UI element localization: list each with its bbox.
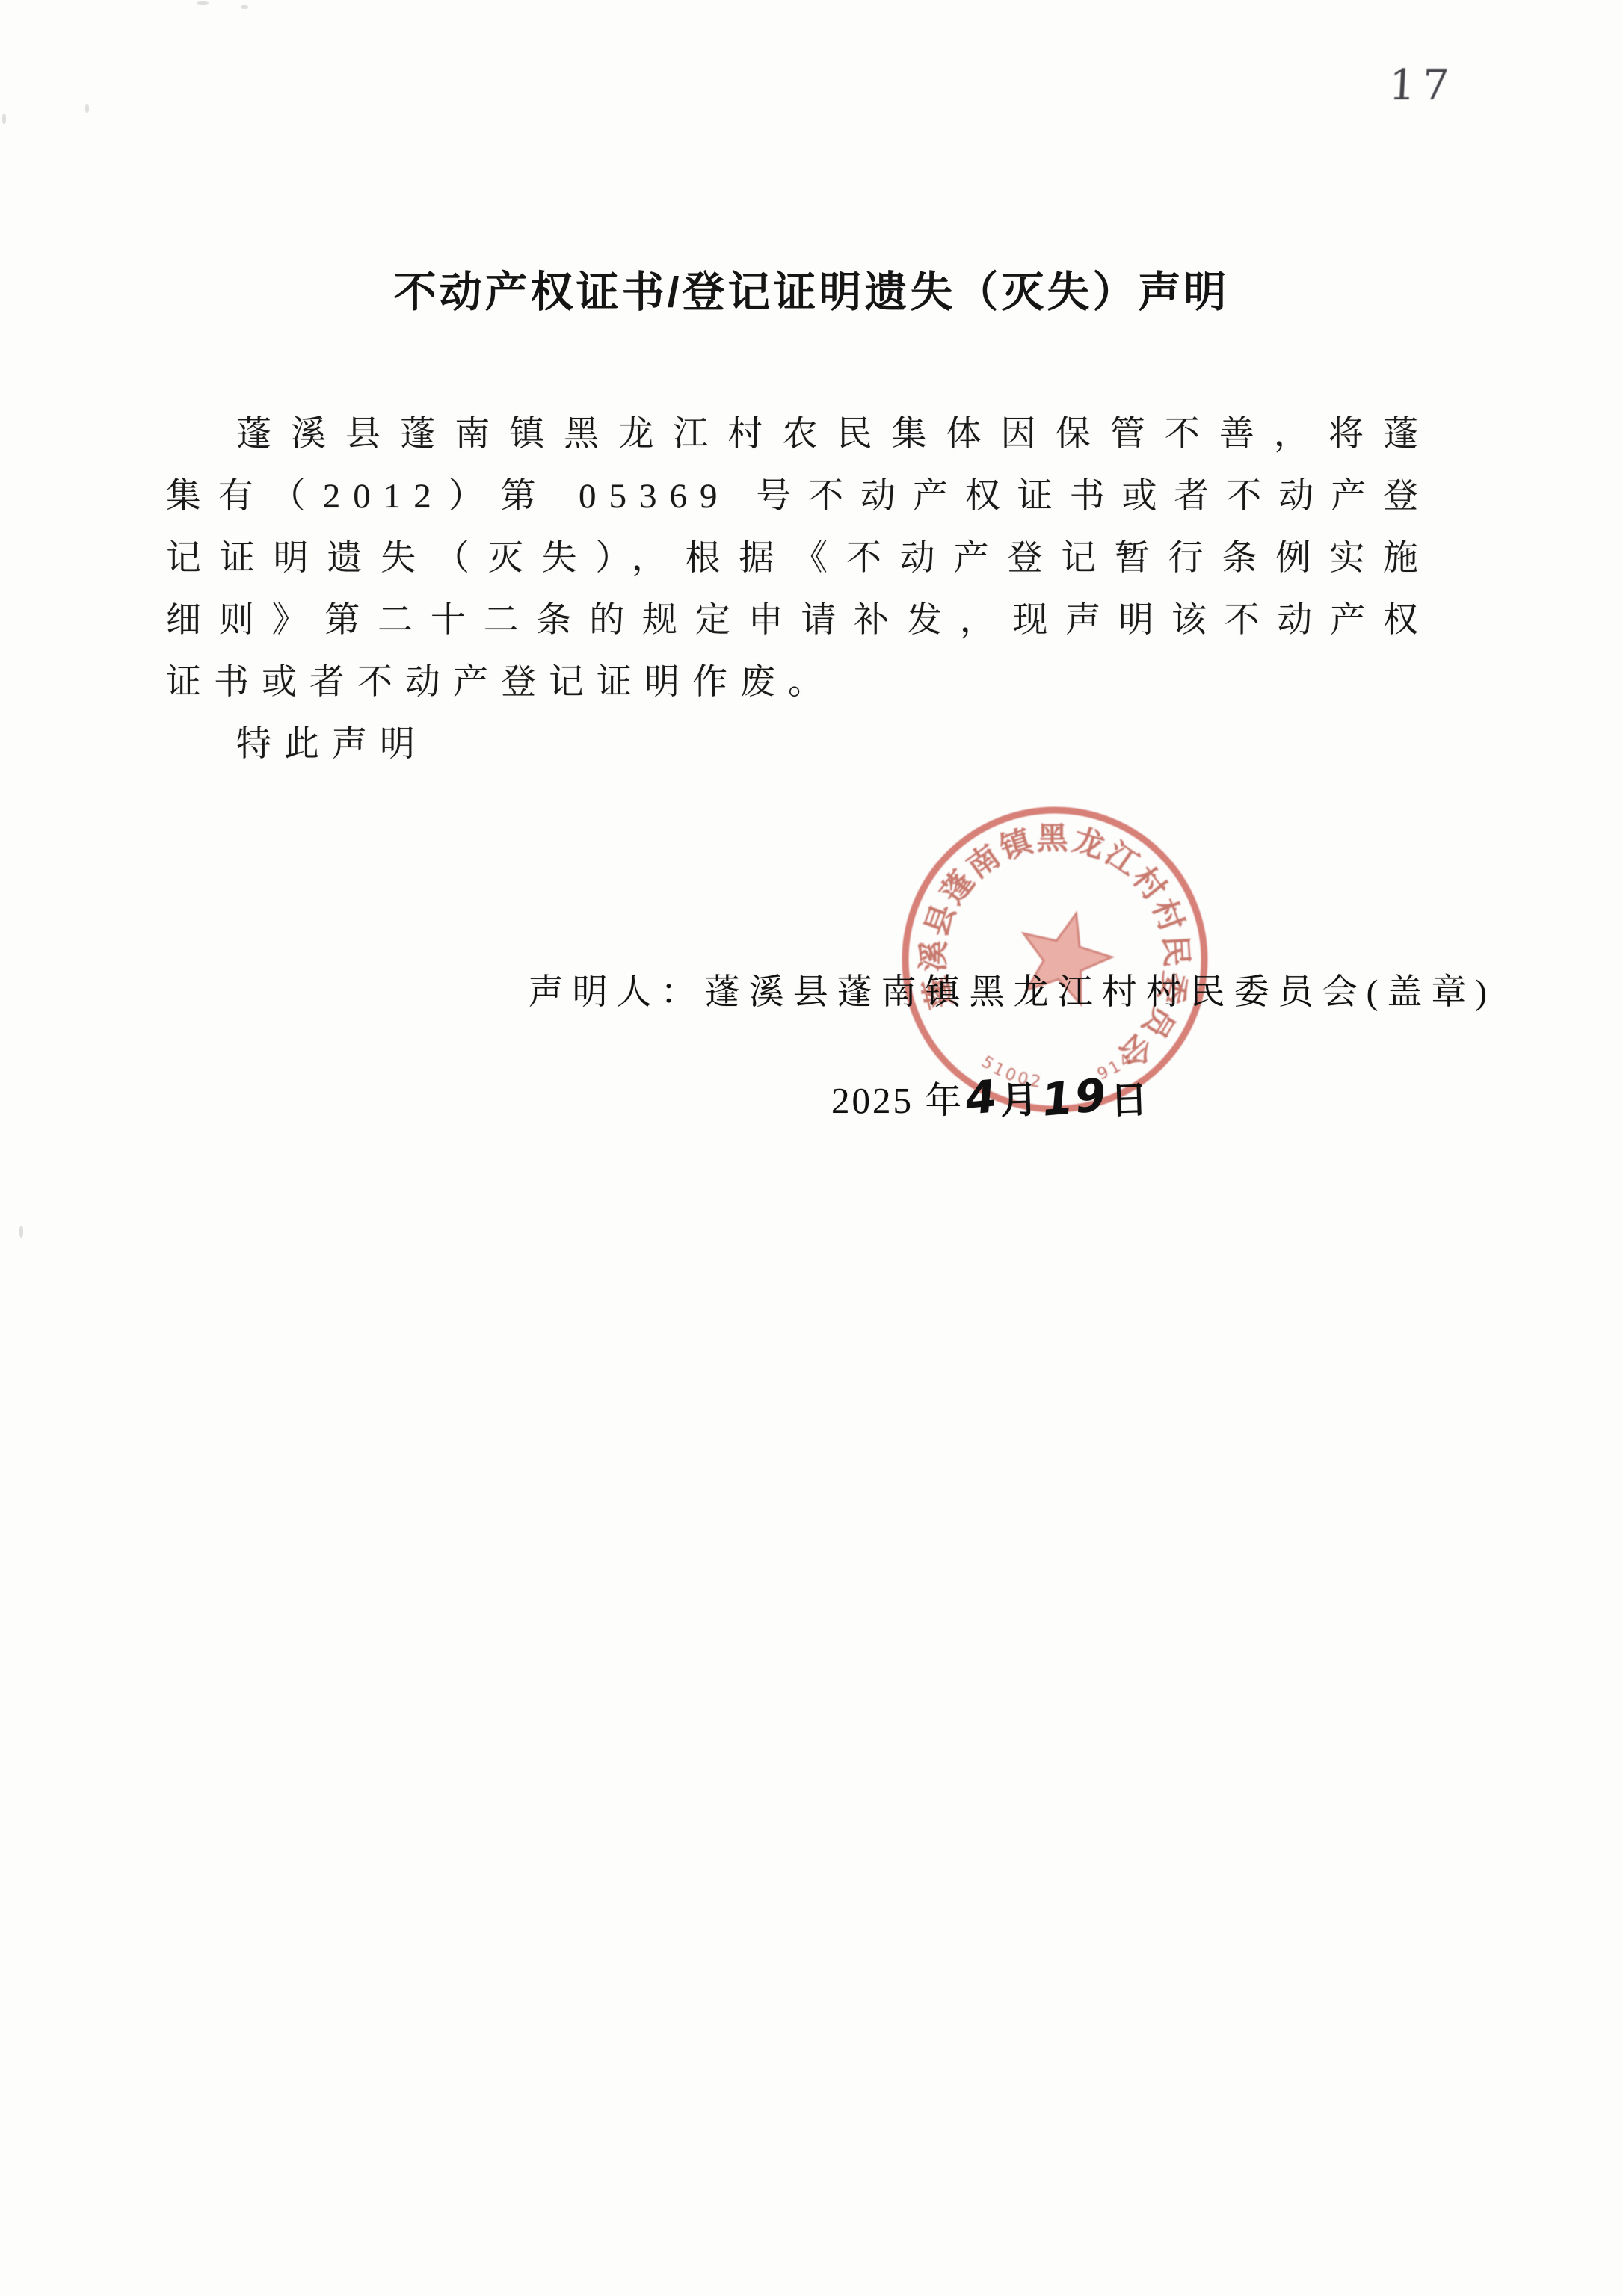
document-page: 17 不动产权证书/登记证明遗失（灭失）声明 蓬溪县蓬南镇黑龙江村农民集体因保管…: [0, 0, 1623, 2296]
date-line: 2025 年4月19日: [831, 1070, 1150, 1124]
date-day-unit: 日: [1109, 1070, 1150, 1125]
body-line-4: 细则》第二十二条的规定申请补发，现声明该不动产权: [166, 590, 1431, 652]
date-day-handwritten: 19: [1039, 1069, 1110, 1128]
body-line-5: 证书或者不动产登记证明作废。: [166, 652, 1431, 714]
body-line-2: 集有（2012）第 05369 号不动产权证书或者不动产登: [166, 466, 1431, 528]
page-number: 17: [1388, 61, 1457, 110]
closing-line: 特此声明: [166, 714, 1431, 776]
scan-artifact: [197, 1, 209, 5]
scan-artifact: [19, 1226, 23, 1238]
scan-artifact: [85, 104, 89, 113]
document-title: 不动产权证书/登记证明遗失（灭失）声明: [0, 266, 1623, 318]
body-paragraph: 蓬溪县蓬南镇黑龙江村农民集体因保管不善，将蓬 集有（2012）第 05369 号…: [166, 404, 1431, 776]
date-year: 2025 年: [831, 1080, 964, 1121]
date-month-unit: 月: [1000, 1070, 1041, 1125]
scan-artifact: [2, 114, 6, 124]
signature-line: 声明人：蓬溪县蓬南镇黑龙江村村民委员会(盖章): [529, 964, 1496, 1014]
date-month-handwritten: 4: [963, 1070, 1001, 1126]
body-line-3: 记证明遗失（灭失），根据《不动产登记暂行条例实施: [166, 528, 1431, 590]
body-line-1: 蓬溪县蓬南镇黑龙江村农民集体因保管不善，将蓬: [166, 404, 1431, 466]
scan-artifact: [241, 5, 248, 9]
